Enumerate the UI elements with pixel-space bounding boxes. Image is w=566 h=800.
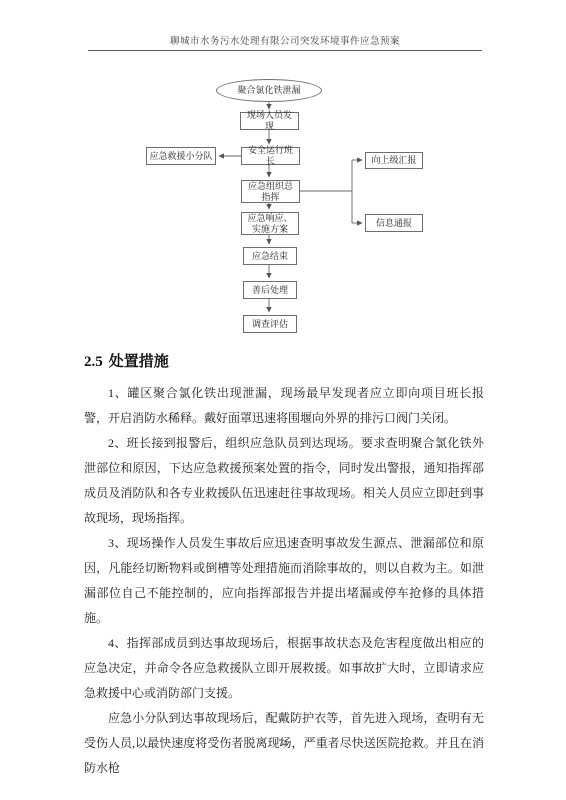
flow-node-start-leak: 聚合氯化铁泄漏	[216, 79, 322, 102]
flow-node-commander: 应急组织总指挥	[241, 180, 300, 203]
paragraph-2: 2、班长接到报警后，组织应急队员到达现场。要求查明聚合氯化铁外泄部位和原因，下达…	[84, 431, 484, 531]
flow-node-info-briefing: 信息通报	[365, 214, 423, 232]
flow-node-investigation: 调查评估	[243, 315, 297, 333]
emergency-flowchart: 聚合氯化铁泄漏 现场人员发现 应急救援小分队 安全运行班长 应急组织总指挥 向上…	[0, 75, 566, 343]
section-number: 2.5	[84, 354, 103, 370]
section-heading: 2.5处置措施	[84, 350, 484, 371]
flow-node-rescue-team: 应急救援小分队	[146, 147, 216, 165]
document-page: 聊城市水务污水处理有限公司突发环境事件应急预案	[0, 0, 566, 800]
page-number: 74	[0, 738, 566, 748]
section-title: 处置措施	[109, 354, 169, 370]
flow-node-report-upward: 向上级汇报	[365, 152, 423, 169]
paragraph-4: 4、指挥部成员到达事故现场后，根据事故状态及危害程度做出相应的应急决定，并命令各…	[84, 631, 484, 706]
flow-node-response-plan: 应急响应、实施方案	[241, 212, 299, 235]
page-header-title: 聊城市水务污水处理有限公司突发环境事件应急预案	[88, 33, 482, 47]
flow-node-response-end: 应急结束	[243, 247, 297, 265]
section-content: 2.5处置措施 1、罐区聚合氯化铁出现泄漏，现场最早发现者应立即向项目班长报警，…	[84, 350, 484, 781]
paragraph-1: 1、罐区聚合氯化铁出现泄漏，现场最早发现者应立即向项目班长报警，开启消防水稀释。…	[84, 381, 484, 431]
flow-node-onsite-discovery: 现场人员发现	[240, 112, 299, 130]
flow-node-duty-leader: 安全运行班长	[241, 147, 300, 165]
header-divider	[88, 50, 482, 51]
flow-node-aftermath: 善后处理	[243, 281, 297, 299]
paragraph-3: 3、现场操作人员发生事故后应迅速查明事故发生源点、泄漏部位和原因，凡能经切断物料…	[84, 531, 484, 631]
